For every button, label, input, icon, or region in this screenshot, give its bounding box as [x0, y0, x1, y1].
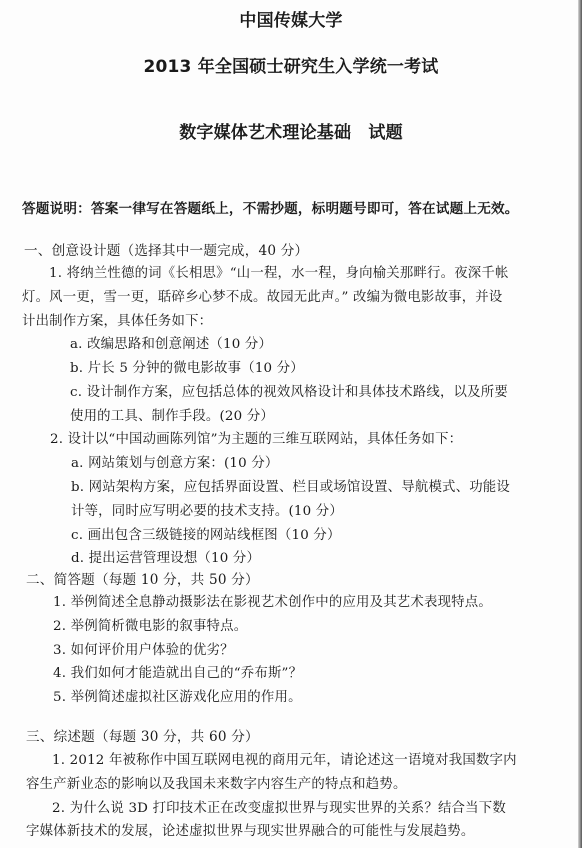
- section-1-line: b. 片长 5 分钟的微电影故事（10 分）: [70, 360, 304, 378]
- section-1-line: 计等，同时应写明必要的技术支持。(10 分）: [71, 503, 343, 521]
- section-1-line: 2. 设计以“中国动画陈列馆”为主题的三维互联网站，具体任务如下：: [50, 431, 462, 449]
- section-2-line: 3. 如何评价用户体验的优劣？: [53, 642, 234, 660]
- section-2-heading: 二、简答题（每题 10 分，共 50 分）: [26, 571, 259, 589]
- section-1-line: 使用的工具、制作手段。(20 分）: [70, 408, 274, 426]
- answer-instructions: 答题说明：答案一律写在答题纸上，不需抄题，标明题号即可，答在试题上无效。: [22, 200, 519, 218]
- section-1-line: a. 改编思路和创意阐述（10 分）: [70, 336, 272, 354]
- section-1-line: c. 设计制作方案，应包括总体的视效风格设计和具体技术路线，以及所要: [70, 384, 508, 402]
- section-1-line: b. 网站架构方案，应包括界面设置、栏目或场馆设置、导航模式、功能设: [71, 479, 510, 497]
- section-2-line: 5. 举例简述虚拟社区游戏化应用的作用。: [53, 689, 302, 707]
- section-1-line: 1. 将纳兰性德的词《长相思》“山一程，水一程，身向榆关那畔行。夜深千帐: [49, 265, 509, 283]
- exam-name: 2013 年全国硕士研究生入学统一考试: [0, 58, 582, 76]
- scan-edge: [578, 0, 582, 848]
- section-3-line: 2. 为什么说 3D 打印技术正在改变虚拟世界与现实世界的关系？结合当下数: [52, 800, 506, 818]
- university-title: 中国传媒大学: [0, 12, 582, 30]
- section-1-line: a. 网站策划与创意方案：(10 分）: [71, 455, 279, 473]
- section-3-line: 容生产新业态的影响以及我国未来数字内容生产的特点和趋势。: [26, 776, 407, 794]
- section-1-line: 灯。风一更，雪一更，聒碎乡心梦不成。故园无此声。” 改编为微电影故事，并设: [22, 289, 502, 307]
- section-1-line: c. 画出包含三级链接的网站线框图（10 分）: [71, 527, 341, 545]
- section-3-heading: 三、综述题（每题 30 分，共 60 分）: [26, 728, 259, 746]
- exam-page: 中国传媒大学 2013 年全国硕士研究生入学统一考试 数字媒体艺术理论基础 试题…: [0, 0, 578, 848]
- section-2-line: 1. 举例简述全息静动摄影法在影视艺术创作中的应用及其艺术表现特点。: [53, 594, 492, 612]
- section-1-heading: 一、创意设计题（选择其中一题完成，40 分）: [24, 242, 308, 260]
- subject-title: 数字媒体艺术理论基础 试题: [0, 124, 582, 142]
- section-1-line: 计出制作方案，具体任务如下：: [22, 313, 212, 331]
- section-3-line: 1. 2012 年被称作中国互联网电视的商用元年，请论述这一语境对我国数字内: [52, 752, 517, 770]
- section-2-line: 2. 举例简析微电影的叙事特点。: [53, 618, 247, 636]
- section-3-line: 字媒体新技术的发展，论述虚拟世界与现实世界融合的可能性与发展趋势。: [26, 823, 475, 841]
- section-1-line: d. 提出运营管理设想（10 分）: [71, 550, 260, 568]
- section-2-line: 4. 我们如何才能造就出自己的“乔布斯”？: [53, 665, 302, 683]
